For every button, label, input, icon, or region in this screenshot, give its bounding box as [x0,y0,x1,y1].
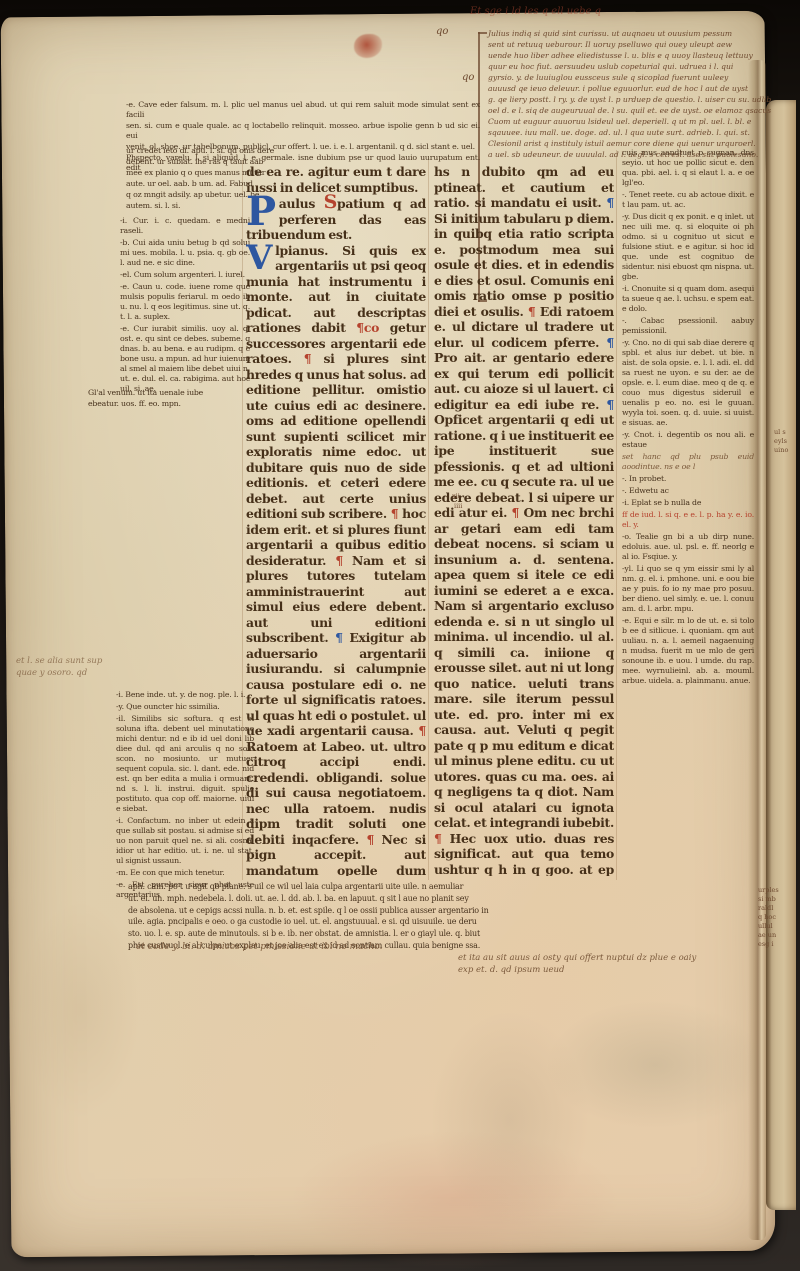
main-text-column-2: hs n dubito qm ad eu ptineat. et cautium… [434,164,614,876]
bottom-cursive-note: et eode y. bi. d. amicos pet pmissione u… [136,942,576,952]
facing-page-fragment-lower: urplessi mbraldlq hocullulae unesg i [758,886,796,949]
quire-mark-lower: qo [462,72,474,83]
gap-mark: xii [452,492,460,500]
faded-erased-line: Et sge i ld les q ell uebe q [470,6,730,17]
manuscript-photo: { "palette":{"ink":"#47321d","red":"#b54… [0,0,800,1271]
quire-mark-upper: qo [436,26,448,37]
ruling-line [616,150,617,880]
top-right-annotation: Julius indiq si quid sint curissu. ut au… [488,28,788,160]
facing-page-fragment-upper: ul seylsuino [774,428,798,455]
gap-mark: iiii [454,502,462,510]
left-margin-note: Gl'al venum. ut ita uenale iubeebeatur. … [88,388,238,410]
bottom-right-cursive-note: et ita au sit auus ai osty qui offert nu… [458,952,788,976]
facing-page-edge [766,100,796,1210]
left-cursive-note: et l. se alia sunt supquae y osoro. qd [16,655,141,679]
left-margin-gloss-upper: -i. Cur. i. c. quedam. e medni raseli.-b… [120,216,250,396]
left-margin-gloss-lower: -i. Bene inde. ut. y. de nog. ple. l. i.… [116,690,254,902]
ruling-line [428,160,429,880]
right-margin-gloss: cuis mus aandtuet p sugnan. dns seyio. u… [622,148,754,688]
main-text-column-1: de ea re. agitur eum t dare iussi in del… [246,164,426,876]
